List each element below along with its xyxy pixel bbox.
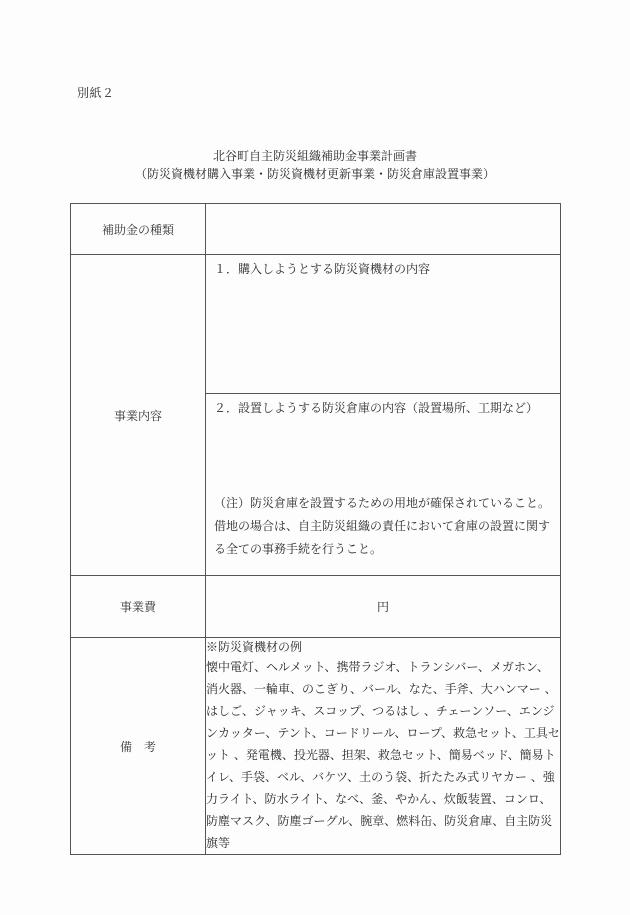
document-title: 北谷町自主防災組織補助金事業計画書 [0,148,630,165]
warehouse-setup-section[interactable]: ２．設置しようする防災倉庫の内容（設置場所、工期など） （注）防災倉庫を設置する… [206,394,560,575]
subsidy-type-field[interactable] [206,204,561,255]
project-content-label: 事業内容 [71,255,206,576]
warehouse-setup-heading: ２．設置しようする防災倉庫の内容（設置場所、工期など） [206,394,560,419]
row-project-content: 事業内容 １．購入しようとする防災資機材の内容 ２．設置しようする防災倉庫の内容… [71,255,561,576]
remarks-equipment-list: 懐中電灯、ヘルメット、携帯ラジオ、トランシバー、メガホン、消火器、一輪車、のこぎ… [206,656,560,854]
document-subtitle: （防災資機材購入事業・防災資機材更新事業・防災倉庫設置事業） [0,166,630,183]
remarks-cell: ※防災資機材の例 懐中電灯、ヘルメット、携帯ラジオ、トランシバー、メガホン、消火… [206,638,561,855]
equipment-purchase-heading: １．購入しようとする防災資機材の内容 [206,255,560,280]
project-cost-field[interactable]: 円 [206,576,561,638]
row-remarks: 備 考 ※防災資機材の例 懐中電灯、ヘルメット、携帯ラジオ、トランシバー、メガホ… [71,638,561,855]
subsidy-type-label: 補助金の種類 [71,204,206,255]
remarks-heading: ※防災資機材の例 [206,638,560,656]
project-cost-label: 事業費 [71,576,206,638]
row-subsidy-type: 補助金の種類 [71,204,561,255]
equipment-purchase-section[interactable]: １．購入しようとする防災資機材の内容 [206,255,560,394]
plan-form-table: 補助金の種類 事業内容 １．購入しようとする防災資機材の内容 ２．設置しようする… [70,203,561,855]
yen-unit: 円 [377,600,389,614]
row-project-cost: 事業費 円 [71,576,561,638]
remarks-label: 備 考 [71,638,206,855]
warehouse-note: （注）防災倉庫を設置するための用地が確保されていること。借地の場合は、自主防災組… [214,492,552,561]
project-content-cell: １．購入しようとする防災資機材の内容 ２．設置しようする防災倉庫の内容（設置場所… [206,255,561,576]
annex-label: 別紙２ [77,84,115,101]
